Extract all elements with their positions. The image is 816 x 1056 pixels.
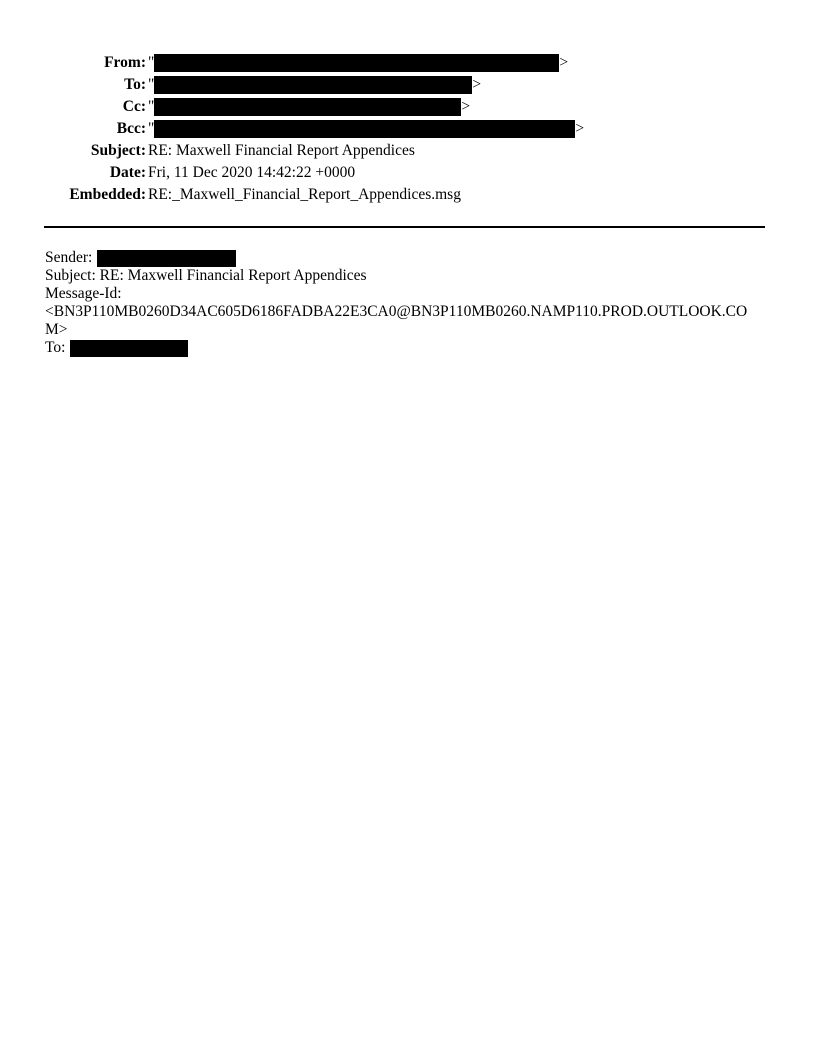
from-suffix: >: [559, 54, 568, 71]
cc-redaction: [154, 98, 461, 116]
date-label: Date:: [110, 163, 146, 183]
from-label: From:: [104, 53, 146, 73]
sender-line: Sender:: [45, 249, 236, 266]
embedded-label: Embedded:: [69, 185, 146, 205]
to-suffix: >: [472, 76, 481, 93]
subject-value: RE: Maxwell Financial Report Appendices: [148, 141, 415, 161]
sender-redaction: [97, 250, 236, 267]
message-id-label: Message-Id:: [45, 285, 122, 302]
header-divider: [44, 226, 765, 228]
cc-label: Cc:: [123, 97, 146, 117]
to-label: To:: [124, 75, 146, 95]
body-to-label: To:: [45, 339, 65, 356]
to-recipient-redaction: [70, 340, 188, 357]
to-redaction: [154, 76, 472, 94]
body-subject-line: Subject: RE: Maxwell Financial Report Ap…: [45, 267, 367, 284]
message-id-value: <BN3P110MB0260D34AC605D6186FADBA22E3CA0@…: [45, 303, 747, 320]
from-redaction: [154, 54, 559, 72]
to-line: To:: [45, 339, 188, 356]
cc-suffix: >: [461, 98, 470, 115]
bcc-label: Bcc:: [117, 119, 146, 139]
subject-label: Subject:: [91, 141, 146, 161]
embedded-value: RE:_Maxwell_Financial_Report_Appendices.…: [148, 185, 461, 205]
bcc-redaction: [154, 120, 575, 138]
sender-label: Sender:: [45, 249, 92, 266]
bcc-suffix: >: [575, 120, 584, 137]
message-id-value-wrap: M>: [45, 321, 68, 338]
date-value: Fri, 11 Dec 2020 14:42:22 +0000: [148, 163, 355, 183]
